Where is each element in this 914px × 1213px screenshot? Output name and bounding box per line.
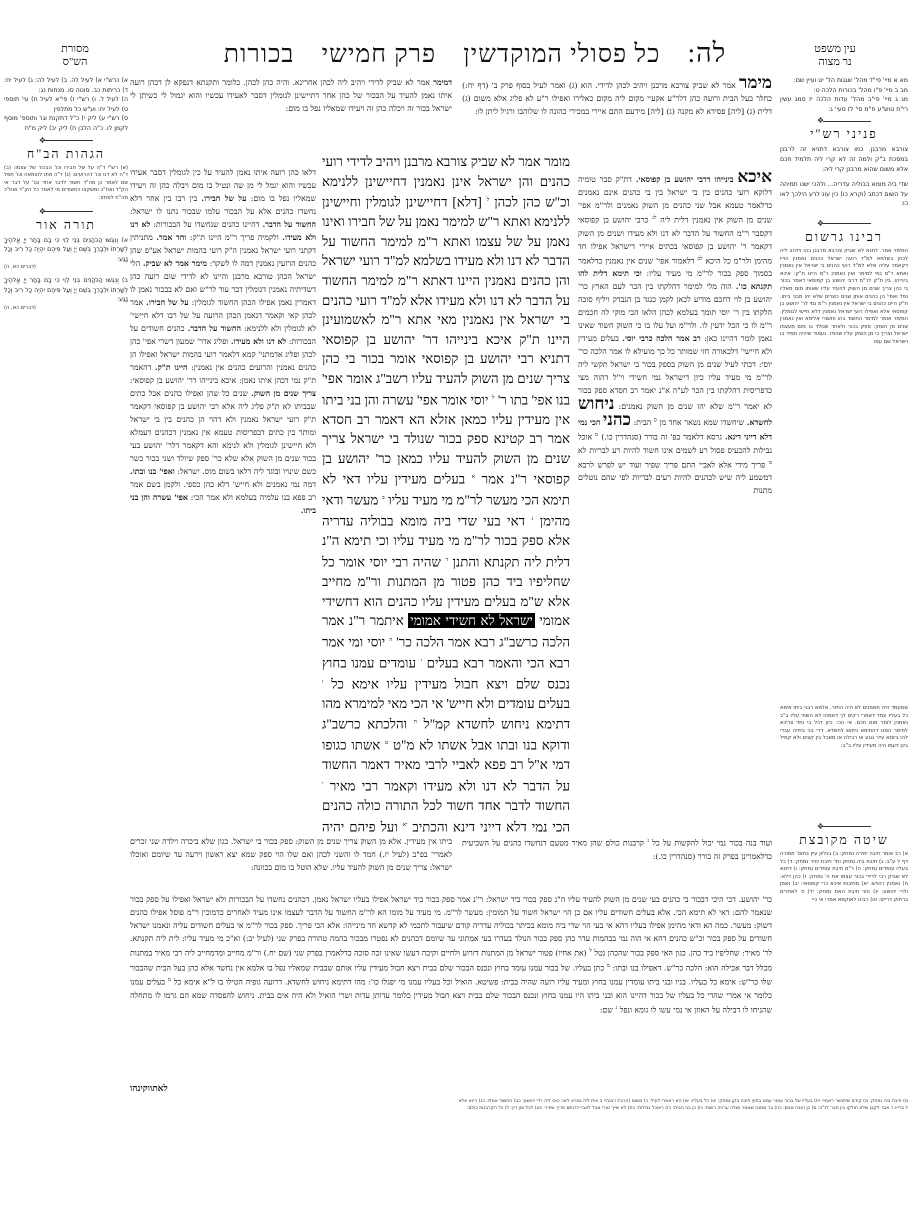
tosafot-column: איכא בינייהו דרבי יהושע בן קפוסאי. דת"ק …	[578, 170, 772, 832]
torah-or-verse: א) וְנִגְּשׁוּ הַכֹּהֲנִים בְּנֵי לֵוִי …	[4, 236, 128, 265]
rashi-column: דלאו כהן רועה איתו נאמן להעיד על כין לגו…	[130, 166, 316, 832]
dibbur-hamatchil: על של חבירו.	[146, 298, 189, 307]
tosafot-text: שיחשדו שמא נשאר אחד מן	[659, 418, 744, 427]
dibbur-hamatchil: כהני	[603, 410, 631, 429]
tosafot-text: הבית:	[634, 418, 652, 427]
chapter-name: כל פסולי המוקדשין	[463, 41, 660, 68]
masoret-label: מסורת	[45, 43, 105, 56]
footnote-marker: נ	[647, 838, 649, 844]
catchword: לאתווקינהו	[130, 1083, 772, 1094]
footnote-marker: ז	[322, 679, 324, 685]
ein-mishpat-header: עין משפט נר מצוה	[800, 43, 870, 69]
dibbur-hamatchil: החשוד על הדבר.	[188, 324, 241, 333]
ner-mitzvah-label: נר מצוה	[800, 56, 870, 69]
footnote-marker: י	[322, 781, 323, 787]
rashi-bottom-full: כר' יהושע. דכי היכי דבכור בי כהנים בעי ש…	[130, 893, 772, 1073]
rashi-text: הבכור	[224, 207, 242, 216]
footnote-marker: ל	[492, 395, 495, 401]
left-margin-column: א) כרש"י א) לעיל לה. ב) לעיל לה: ג) לעיל…	[4, 76, 128, 312]
hashas-label: הש"ס	[45, 56, 105, 69]
tosafot-text: פריך מידי אלא לאביי התם פריך שפיר ועוד י…	[578, 460, 772, 495]
hagahot-habach-text: (א) רש"י ד"ה על של חבירו וכו' הבכור של ע…	[4, 165, 128, 203]
footnote-marker: ח	[414, 719, 417, 725]
footnote-line: ל בריינ ר אבר לקבן שלא חולקו בין חבר לנ"…	[8, 1105, 908, 1112]
dibbur-hamatchil: צריך שנים מן השוק.	[251, 389, 316, 398]
ein-mishpat-entry: מג ג מיי' פי"ב מהל' עדות הלכה יז סמג עשי…	[780, 95, 908, 114]
dibbur-hamatchil: וחד אמר.	[156, 233, 186, 242]
tosafot-lead-word: דמימר	[433, 78, 452, 87]
penei-rashi-entry: שדי ביה מומא בבוליה עדריה... ולהכי ישנו …	[780, 180, 908, 209]
torah-or-source: (דברים כא, ה)	[4, 264, 128, 272]
footnote-marker: מ	[595, 432, 598, 438]
gemara-text: מומר אמר לא שביק צורבא מרבנן ויהיב לדידי…	[322, 152, 570, 832]
footnote-strip: מ) חיבת ביה נמחק: מ) קודם שיתנשר ראמיי: …	[8, 1098, 908, 1112]
chapter-number: פרק חמישי	[322, 41, 436, 68]
dibbur-hamatchil-rest: בינייהו דרבי יהושע בן קפוסאי.	[636, 175, 734, 184]
dibbur-hamatchil: היינו ת"ק.	[155, 363, 188, 372]
footnote-marker: ס	[654, 418, 657, 424]
ornament-divider: ❖	[4, 136, 128, 145]
highlighted-phrase[interactable]: ישראל לא חשידי אמומי	[408, 613, 535, 628]
footnote-marker: מ	[168, 977, 171, 983]
ein-mishpat-section: מא א מיי' פי"ד מהל' שגגות הל' יט ועיין ש…	[780, 76, 908, 114]
ein-mishpat-entry: מב ב מיי' פ"ו מהל' בכורות הלכה ט:	[780, 86, 908, 96]
footnote-marker: ל	[487, 197, 490, 203]
masoret-entry: ס) רש"י ע) ליק י) כ"ל דתקנת וגו' ותוספ' …	[4, 114, 128, 133]
footnote-marker: לב	[697, 256, 702, 262]
footnote-marker: לג	[652, 215, 656, 221]
dibbur-hamatchil-rest: לחשדא.	[747, 418, 772, 427]
gemara-segment: [דלא] דחיישינן לגומלין וחיישינן ללנימא ו…	[322, 195, 570, 407]
rashi-bottom: ביתו אין מעידין. אלא מן השוק צריך שנים מ…	[130, 835, 452, 891]
rabbeinu-gershom-continued: שמעמד היה תאמנים לא היה החזר. אלמא רבני …	[780, 705, 908, 820]
rashi-text: ביתו אין מעידין. אלא מן השוק צריך שנים מ…	[130, 837, 452, 872]
footnote-marker: מ	[769, 460, 772, 466]
masoret-hashas-section: א) כרש"י א) לעיל לה. ב) לעיל לה: ג) לעיל…	[4, 76, 128, 134]
torah-or-verse: ב) וְנִגְּשׁוּ הַכֹּהֲנִים בְּנֵי לֵוִי …	[4, 276, 128, 305]
rashi-text: שנים כל שהן ואפילו כהנים אבל כתים שבביתו…	[130, 389, 316, 476]
footnote-marker: ג	[615, 1005, 617, 1011]
rashi-lead-word: מימר	[739, 76, 772, 92]
hagahot-habach-title: הגהות הב"ח	[4, 147, 128, 162]
tractate-name: בכורות	[224, 41, 295, 68]
footnote-marker: ו	[421, 658, 422, 664]
rashi-text: איכא בינייהו דר' יהושע בן קפוסאי:	[130, 376, 236, 385]
ornament-divider: ❖	[780, 116, 908, 125]
dibbur-hamatchil: רב אמר הלכה כרבי יוסי.	[622, 334, 700, 343]
right-margin-column: מא א מיי' פי"ד מהל' שגגות הל' יט ועיין ש…	[780, 76, 908, 1001]
torah-or-title: תורה אור	[4, 218, 128, 233]
ornament-divider: ❖	[780, 219, 908, 228]
rashi-text: דהיינו כהנים שנחשדו על הבכורות:	[153, 220, 259, 229]
tosafot-top-text: אמר לא שביק לדידי ויהיב ליה לכהן אחרינא.…	[130, 78, 452, 113]
daf-number: לה:	[688, 38, 727, 68]
rabbeinu-gershom-text: המימר אמר. דתנא לא שביק צורבא מרבנן בהו …	[780, 248, 908, 703]
tosafot-text: ועוד בנה בכור נמי יכול להקשות על כל	[652, 839, 772, 848]
footnote-marker: ב	[382, 495, 385, 501]
page-title: לה: כל פסולי המוקדשין פרק חמישי בכורות	[170, 38, 780, 69]
ornament-divider: ❖	[4, 207, 128, 216]
rashi-text: והרועים כהנים אין נאמנין:	[191, 363, 273, 372]
masoret-entry: א) כרש"י א) לעיל לה. ב) לעיל לה: ג) לעיל…	[4, 76, 128, 95]
rabbeinu-gershom-title: רבינו גרשום	[780, 230, 908, 245]
ein-mishpat-entry: מא א מיי' פי"ד מהל' שגגות הל' יט ועיין ש…	[780, 76, 908, 86]
footnote-marker: ד	[445, 557, 448, 563]
dibbur-hamatchil: החשוד על הדבר.	[262, 220, 316, 229]
tosafot-bottom: ועוד בנה בכור נמי יכול להקשות על כל נ קר…	[462, 835, 772, 891]
rashi-text: עלמו שבכור נתנו לו ישראל:	[130, 207, 220, 216]
dibbur-hamatchil: איכא	[737, 170, 772, 186]
footnote-marker: ג	[531, 516, 533, 522]
footnote-marker: א	[472, 474, 475, 480]
ein-mishpat-label: עין משפט	[800, 43, 870, 56]
dibbur-hamatchil: מימר אמר לא שביק.	[143, 259, 207, 268]
tosafot-text: גרסא דלאמר בפ' זה בורר (סנהדרין כו.)	[601, 433, 722, 442]
footnote-marker: ל	[589, 948, 592, 954]
dibbur-hamatchil: לא דנו ולא מעידו.	[231, 337, 286, 346]
penei-rashi-title: פניני רש"י	[780, 127, 908, 142]
penei-rashi-entry: צורבא מרבנן. כמו צורבא דתניא זה לרבנן במ…	[780, 145, 908, 174]
dibbur-hamatchil: על של חבירו.	[201, 194, 246, 203]
masoret-hashas-header: מסורת הש"ס	[45, 43, 105, 69]
shita-mekubetzet-text: א) רב אומר חיבה יתירה נמחק: ב) בגליון עי…	[780, 851, 908, 1001]
footnote-marker: ה	[389, 637, 392, 643]
rashi-text: ולקמיה פריך ר"מ היינו ת"ק:	[190, 233, 279, 242]
rashi-top-text: אמר לא שביק צורבא מרבנן ויהיב לכהן לדידי…	[462, 81, 772, 116]
footnote-marker: יא	[403, 822, 408, 828]
masoret-entry: ה) לעיל ל. ו) רש"י ז) פי"א לעיל ח) עי' ת…	[4, 95, 128, 114]
footnote-marker: ט	[385, 740, 388, 746]
ornament-divider: ❖	[780, 822, 908, 831]
rashi-text: שם:	[600, 1005, 613, 1014]
footnote-line: מ) חיבת ביה נמחק: מ) קודם שיתנשר ראמיי: …	[8, 1098, 908, 1105]
shita-mekubetzet-title: שיטה מקובצת	[780, 833, 908, 848]
torah-or-source: (דברים כא, ה)	[4, 305, 128, 313]
footnote-marker: מ	[607, 963, 610, 969]
dibbur-hamatchil: ואפי' בנו ובתו.	[130, 467, 175, 476]
